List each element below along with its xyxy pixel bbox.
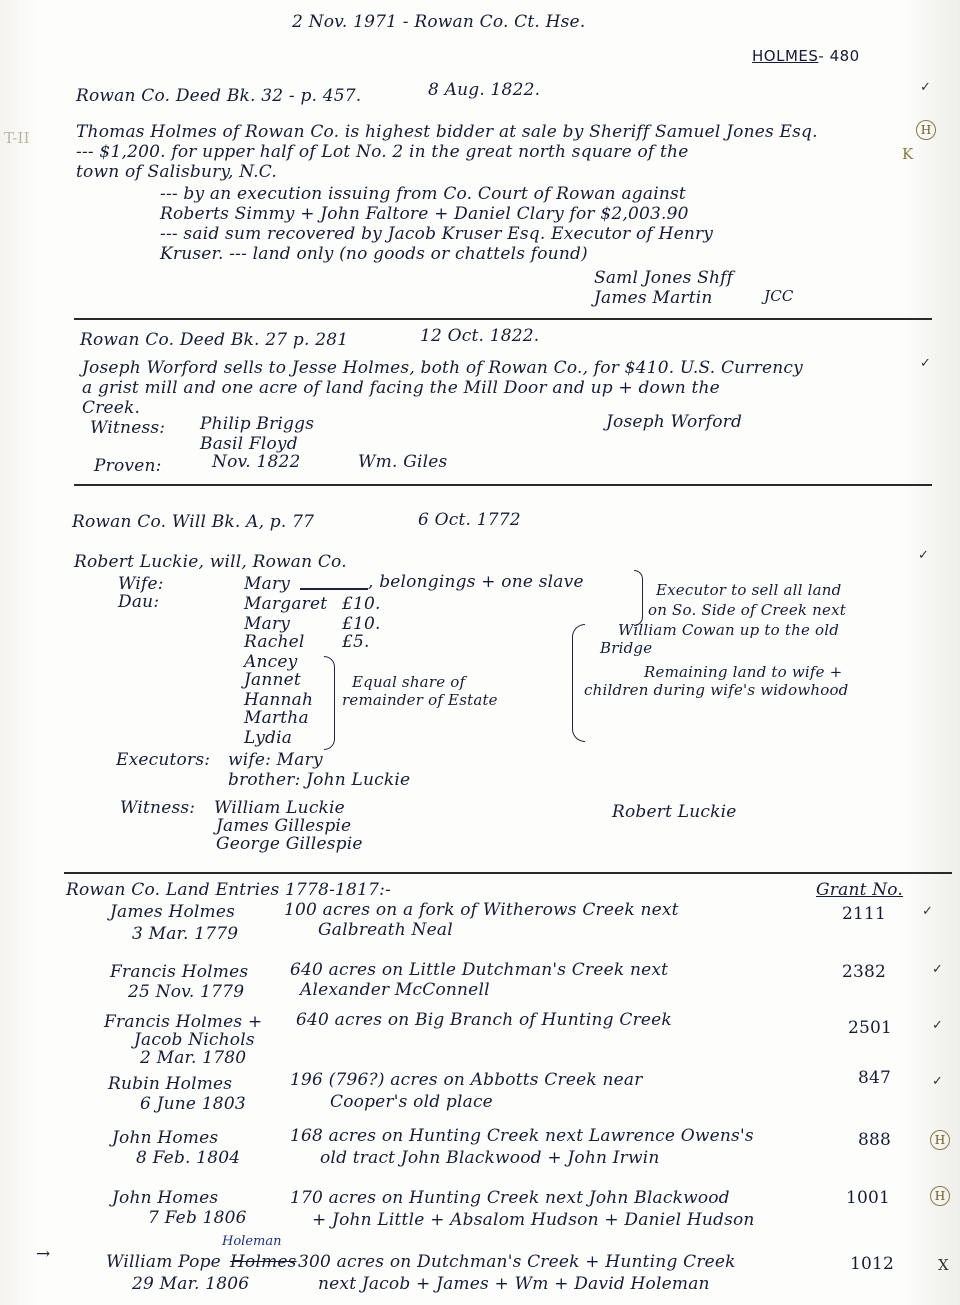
entry-name: John Homes	[112, 1128, 218, 1148]
section2-date: 12 Oct. 1822.	[420, 326, 539, 346]
section1-body-line2: --- $1,200. for upper half of Lot No. 2 …	[76, 142, 688, 162]
entry-grant-no: 1001	[846, 1188, 890, 1208]
entry-grant-no: 2382	[842, 962, 886, 982]
entry-date: 2 Mar. 1780	[140, 1048, 246, 1068]
document-page: 2 Nov. 1971 - Rowan Co. Ct. Hse. HOLMES-…	[0, 0, 960, 1305]
entry-desc: old tract John Blackwood + John Irwin	[320, 1148, 660, 1168]
entry-date: 3 Mar. 1779	[132, 924, 238, 944]
section2-proven-date: Nov. 1822	[212, 452, 301, 472]
entry-grant-no: 2501	[848, 1018, 892, 1038]
section2-source: Rowan Co. Deed Bk. 27 p. 281	[80, 330, 348, 350]
section-divider	[74, 318, 932, 320]
section1-body-line1: Thomas Holmes of Rowan Co. is highest bi…	[76, 122, 818, 142]
file-number: - 480	[818, 47, 859, 65]
daughter-name: Mary	[244, 614, 290, 634]
daughter-name: Jannet	[244, 670, 301, 690]
grant-no-header: Grant No.	[816, 880, 903, 900]
section1-detail-line3: --- said sum recovered by Jacob Kruser E…	[160, 224, 713, 244]
section1-date: 8 Aug. 1822.	[428, 80, 540, 100]
executor-note-5: Remaining land to wife +	[644, 662, 842, 682]
entry-name: Francis Holmes	[110, 962, 248, 982]
executor-note-1: Executor to sell all land	[656, 580, 841, 600]
check-mark-icon: ✓	[922, 904, 933, 919]
entry-name-struck: Holmes	[230, 1252, 297, 1272]
section3-date: 6 Oct. 1772	[418, 510, 521, 530]
section-divider	[64, 872, 952, 874]
entry-name-2: Jacob Nichols	[134, 1030, 255, 1050]
margin-mark: T-II	[4, 128, 30, 148]
daughter-amount: £10.	[342, 614, 381, 634]
entry-grant-no: 888	[858, 1130, 891, 1150]
dau-label: Dau:	[118, 592, 159, 612]
daughter-name: Martha	[244, 708, 309, 728]
section2-witness-label: Witness:	[90, 418, 165, 438]
section2-proven-label: Proven:	[94, 456, 162, 476]
executor-note-3: William Cowan up to the old	[618, 620, 839, 640]
entry-name: James Holmes	[110, 902, 235, 922]
executor-note-2: on So. Side of Creek next	[648, 600, 846, 620]
entry-name: Francis Holmes +	[104, 1012, 262, 1032]
entry-date: 29 Mar. 1806	[132, 1274, 249, 1294]
entry-desc: 168 acres on Hunting Creek next Lawrence…	[290, 1126, 754, 1146]
entry-desc: 640 acres on Little Dutchman's Creek nex…	[290, 960, 668, 980]
daughter-name: Ancey	[244, 652, 297, 672]
entry-name-correction: Holeman	[222, 1234, 281, 1249]
section4-source: Rowan Co. Land Entries 1778-1817:-	[66, 880, 391, 900]
entry-desc: + John Little + Absalom Hudson + Daniel …	[312, 1210, 755, 1230]
entry-desc: 170 acres on Hunting Creek next John Bla…	[290, 1188, 730, 1208]
section-divider	[74, 484, 932, 486]
check-mark-icon: ✓	[920, 356, 931, 371]
section1-source: Rowan Co. Deed Bk. 32 - p. 457.	[76, 86, 361, 106]
executor-2: brother: John Luckie	[228, 770, 410, 790]
brace-bracket	[324, 656, 335, 750]
section3-witness-2: James Gillespie	[216, 816, 351, 836]
equal-share-note-2: remainder of Estate	[342, 690, 498, 710]
entry-name: Rubin Holmes	[108, 1074, 232, 1094]
entry-desc: Galbreath Neal	[318, 920, 453, 940]
section3-title: Robert Luckie, will, Rowan Co.	[74, 552, 347, 572]
section2-body-line1: Joseph Worford sells to Jesse Holmes, bo…	[82, 358, 803, 378]
check-mark-icon: ✓	[918, 548, 929, 563]
section1-sig-note: JCC	[764, 286, 794, 306]
file-label: HOLMES- 480	[752, 46, 860, 66]
daughter-name: Hannah	[244, 690, 313, 710]
section2-signature: Joseph Worford	[606, 412, 742, 432]
section1-signature-1: Saml Jones Shff	[594, 268, 733, 288]
entry-date: 6 June 1803	[140, 1094, 246, 1114]
entry-desc: next Jacob + James + Wm + David Holeman	[318, 1274, 710, 1294]
executors-label: Executors:	[116, 750, 210, 770]
section2-proven-by: Wm. Giles	[358, 452, 447, 472]
brace-bracket	[634, 570, 643, 626]
wife-name: Mary	[244, 574, 290, 594]
side-mark-k: K	[902, 144, 913, 164]
section1-detail-line1: --- by an execution issuing from Co. Cou…	[160, 184, 686, 204]
check-mark-icon: ✓	[932, 1018, 943, 1033]
circled-h-icon: H	[930, 1186, 950, 1206]
section3-signature: Robert Luckie	[612, 802, 737, 822]
section2-body-line2: a grist mill and one acre of land facing…	[82, 378, 720, 398]
section2-witness-1: Philip Briggs	[200, 414, 314, 434]
entry-date: 25 Nov. 1779	[128, 982, 244, 1002]
daughter-amount: £10.	[342, 594, 381, 614]
circled-h-icon: H	[916, 120, 936, 140]
section2-body-line3: Creek.	[82, 398, 140, 418]
check-mark-icon: ✓	[932, 962, 943, 977]
daughter-name: Margaret	[244, 594, 327, 614]
executor-note-4: Bridge	[600, 638, 652, 658]
entry-date: 8 Feb. 1804	[136, 1148, 240, 1168]
name-blank-line	[300, 588, 368, 590]
check-mark-icon: ✓	[920, 80, 931, 95]
daughter-amount: £5.	[342, 632, 370, 652]
entry-desc: 100 acres on a fork of Witherows Creek n…	[284, 900, 679, 920]
entry-desc: 300 acres on Dutchman's Creek + Hunting …	[298, 1252, 736, 1272]
entry-desc: 640 acres on Big Branch of Hunting Creek	[296, 1010, 672, 1030]
daughter-name: Lydia	[244, 728, 292, 748]
header-note: 2 Nov. 1971 - Rowan Co. Ct. Hse.	[292, 12, 585, 32]
section3-witness-3: George Gillespie	[216, 834, 363, 854]
entry-name: William Pope	[106, 1252, 221, 1272]
section1-detail-line2: Roberts Simmy + John Faltore + Daniel Cl…	[160, 204, 689, 224]
entry-desc: 196 (796?) acres on Abbotts Creek near	[290, 1070, 643, 1090]
x-mark-icon: X	[938, 1256, 949, 1274]
check-mark-icon: ✓	[932, 1074, 943, 1089]
section1-detail-line4: Kruser. --- land only (no goods or chatt…	[160, 244, 588, 264]
equal-share-note-1: Equal share of	[352, 672, 465, 692]
section3-witness-1: William Luckie	[214, 798, 345, 818]
wife-label: Wife:	[118, 574, 164, 594]
section3-witness-label: Witness:	[120, 798, 195, 818]
file-label-name: HOLMES	[752, 47, 818, 65]
entry-grant-no: 1012	[850, 1254, 894, 1274]
entry-desc: Alexander McConnell	[300, 980, 490, 1000]
arrow-icon: →	[36, 1244, 50, 1264]
wife-bequest: , belongings + one slave	[368, 572, 584, 592]
entry-date: 7 Feb 1806	[148, 1208, 247, 1228]
section1-body-line3: town of Salisbury, N.C.	[76, 162, 277, 182]
circled-h-icon: H	[930, 1130, 950, 1150]
entry-name: John Homes	[112, 1188, 218, 1208]
entry-grant-no: 2111	[842, 904, 886, 924]
executor-note-6: children during wife's widowhood	[584, 680, 848, 700]
entry-desc: Cooper's old place	[330, 1092, 493, 1112]
daughter-name: Rachel	[244, 632, 305, 652]
entry-grant-no: 847	[858, 1068, 891, 1088]
section2-witness-2: Basil Floyd	[200, 434, 298, 454]
section3-source: Rowan Co. Will Bk. A, p. 77	[72, 512, 314, 532]
section1-signature-2: James Martin	[594, 288, 713, 308]
executor-1: wife: Mary	[228, 750, 323, 770]
